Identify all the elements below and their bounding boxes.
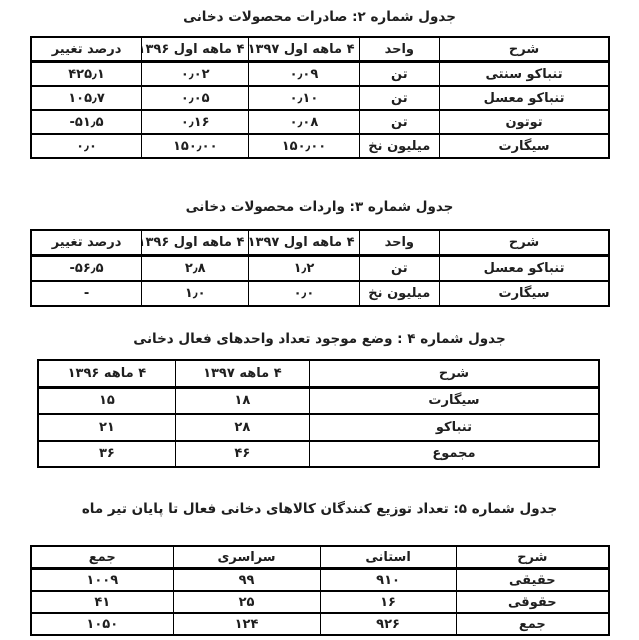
table-active-units: شرح۴ ماهه ۱۳۹۷۴ ماهه ۱۳۹۶سیگارت۱۸۱۵تنباک… <box>37 359 600 468</box>
table-title-active-units: جدول شماره ۴ : وضع موجود تعداد واحدهای ف… <box>0 331 639 347</box>
table-row: جمع۹۲۶۱۲۴۱۰۵۰ <box>31 613 609 635</box>
data-table-distributors: شرحاستانیسراسریجمعحقیقی۹۱۰۹۹۱۰۰۹حقوقی۱۶۲… <box>30 545 610 636</box>
value-cell: ۳۶ <box>38 441 175 468</box>
data-table-active-units: شرح۴ ماهه ۱۳۹۷۴ ماهه ۱۳۹۶سیگارت۱۸۱۵تنباک… <box>37 359 600 468</box>
row-label-cell: سیگارت <box>440 281 609 306</box>
value-cell: ۴۶ <box>175 441 309 468</box>
value-cell: ۱۵۰٫۰۰ <box>249 134 359 158</box>
value-cell: ۹۲۶ <box>320 613 456 635</box>
table-row: مجموع۴۶۳۶ <box>38 441 599 468</box>
value-cell: تن <box>359 110 440 134</box>
value-cell: میلیون نخ <box>359 281 440 306</box>
column-header: ۴ ماهه اول ۱۳۹۶ <box>142 230 249 256</box>
table-title-distributors: جدول شماره ۵: تعداد توزیع کنندگان کالاها… <box>0 501 639 517</box>
table-header-row: شرحواحد۴ ماهه اول ۱۳۹۷۴ ماهه اول ۱۳۹۶درص… <box>31 230 609 256</box>
table-row: سیگارت۱۸۱۵ <box>38 387 599 414</box>
value-cell: ۰٫۰ <box>31 134 142 158</box>
column-header: واحد <box>359 37 440 62</box>
row-label-cell: حقوقی <box>456 591 609 613</box>
data-table-imports: شرحواحد۴ ماهه اول ۱۳۹۷۴ ماهه اول ۱۳۹۶درص… <box>30 229 610 307</box>
column-header: استانی <box>320 546 456 569</box>
column-header: جمع <box>31 546 173 569</box>
value-cell: ۰٫۰۹ <box>249 62 359 87</box>
table-imports: شرحواحد۴ ماهه اول ۱۳۹۷۴ ماهه اول ۱۳۹۶درص… <box>30 229 610 307</box>
value-cell: ۰٫۰۵ <box>142 86 249 110</box>
value-cell: ۰٫۰۸ <box>249 110 359 134</box>
table-header-row: شرح۴ ماهه ۱۳۹۷۴ ماهه ۱۳۹۶ <box>38 360 599 387</box>
column-header: ۴ ماهه اول ۱۳۹۷ <box>249 37 359 62</box>
value-cell: ۰٫۰ <box>249 281 359 306</box>
row-label-cell: تنباکو سنتی <box>440 62 609 87</box>
value-cell: ۴۲۵٫۱ <box>31 62 142 87</box>
value-cell: ۰٫۱۰ <box>249 86 359 110</box>
value-cell: ۲۸ <box>175 414 309 441</box>
value-cell: میلیون نخ <box>359 134 440 158</box>
value-cell: -۵۱٫۵ <box>31 110 142 134</box>
table-distributors: شرحاستانیسراسریجمعحقیقی۹۱۰۹۹۱۰۰۹حقوقی۱۶۲… <box>30 545 610 636</box>
column-header: درصد تغییر <box>31 230 142 256</box>
column-header: سراسری <box>173 546 320 569</box>
value-cell: ۱۸ <box>175 387 309 414</box>
column-header: واحد <box>359 230 440 256</box>
document-page: جدول شماره ۲: صادرات محصولات دخانی شرحوا… <box>0 0 639 640</box>
table-row: حقیقی۹۱۰۹۹۱۰۰۹ <box>31 569 609 592</box>
row-label-cell: سیگارت <box>440 134 609 158</box>
row-label-cell: تنباکو معسل <box>440 256 609 282</box>
value-cell: ۹۱۰ <box>320 569 456 592</box>
table-header-row: شرحواحد۴ ماهه اول ۱۳۹۷۴ ماهه اول ۱۳۹۶درص… <box>31 37 609 62</box>
value-cell: -۵۶٫۵ <box>31 256 142 282</box>
value-cell: تن <box>359 86 440 110</box>
value-cell: ۱۵۰٫۰۰ <box>142 134 249 158</box>
row-label-cell: توتون <box>440 110 609 134</box>
table-row: سیگارتمیلیون نخ۱۵۰٫۰۰۱۵۰٫۰۰۰٫۰ <box>31 134 609 158</box>
column-header: درصد تغییر <box>31 37 142 62</box>
table-row: توتونتن۰٫۰۸۰٫۱۶-۵۱٫۵ <box>31 110 609 134</box>
table-row: تنباکو۲۸۲۱ <box>38 414 599 441</box>
table-title-imports: جدول شماره ۳: واردات محصولات دخانی <box>0 199 639 215</box>
row-label-cell: تنباکو <box>309 414 599 441</box>
table-row: حقوقی۱۶۲۵۴۱ <box>31 591 609 613</box>
value-cell: تن <box>359 256 440 282</box>
value-cell: ۱۰۵۰ <box>31 613 173 635</box>
value-cell: ۴۱ <box>31 591 173 613</box>
column-header: ۴ ماهه ۱۳۹۶ <box>38 360 175 387</box>
value-cell: ۰٫۰۲ <box>142 62 249 87</box>
column-header: ۴ ماهه ۱۳۹۷ <box>175 360 309 387</box>
column-header: ۴ ماهه اول ۱۳۹۷ <box>249 230 359 256</box>
column-header: شرح <box>456 546 609 569</box>
value-cell: ۱۰۵٫۷ <box>31 86 142 110</box>
row-label-cell: جمع <box>456 613 609 635</box>
value-cell: ۲۱ <box>38 414 175 441</box>
column-header: شرح <box>440 37 609 62</box>
value-cell: ۱۵ <box>38 387 175 414</box>
value-cell: - <box>31 281 142 306</box>
value-cell: ۱٫۰ <box>142 281 249 306</box>
table-title-exports: جدول شماره ۲: صادرات محصولات دخانی <box>0 9 639 25</box>
value-cell: ۲۵ <box>173 591 320 613</box>
column-header: ۴ ماهه اول ۱۳۹۶ <box>142 37 249 62</box>
table-header-row: شرحاستانیسراسریجمع <box>31 546 609 569</box>
value-cell: ۱۰۰۹ <box>31 569 173 592</box>
column-header: شرح <box>309 360 599 387</box>
value-cell: ۱٫۲ <box>249 256 359 282</box>
value-cell: تن <box>359 62 440 87</box>
row-label-cell: مجموع <box>309 441 599 468</box>
data-table-exports: شرحواحد۴ ماهه اول ۱۳۹۷۴ ماهه اول ۱۳۹۶درص… <box>30 36 610 159</box>
row-label-cell: حقیقی <box>456 569 609 592</box>
value-cell: ۱۲۴ <box>173 613 320 635</box>
row-label-cell: تنباکو معسل <box>440 86 609 110</box>
table-row: تنباکو معسلتن۱٫۲۲٫۸-۵۶٫۵ <box>31 256 609 282</box>
column-header: شرح <box>440 230 609 256</box>
value-cell: ۰٫۱۶ <box>142 110 249 134</box>
value-cell: ۹۹ <box>173 569 320 592</box>
value-cell: ۱۶ <box>320 591 456 613</box>
value-cell: ۲٫۸ <box>142 256 249 282</box>
table-row: تنباکو معسلتن۰٫۱۰۰٫۰۵۱۰۵٫۷ <box>31 86 609 110</box>
table-exports: شرحواحد۴ ماهه اول ۱۳۹۷۴ ماهه اول ۱۳۹۶درص… <box>30 36 610 159</box>
row-label-cell: سیگارت <box>309 387 599 414</box>
table-row: سیگارتمیلیون نخ۰٫۰۱٫۰- <box>31 281 609 306</box>
table-row: تنباکو سنتیتن۰٫۰۹۰٫۰۲۴۲۵٫۱ <box>31 62 609 87</box>
